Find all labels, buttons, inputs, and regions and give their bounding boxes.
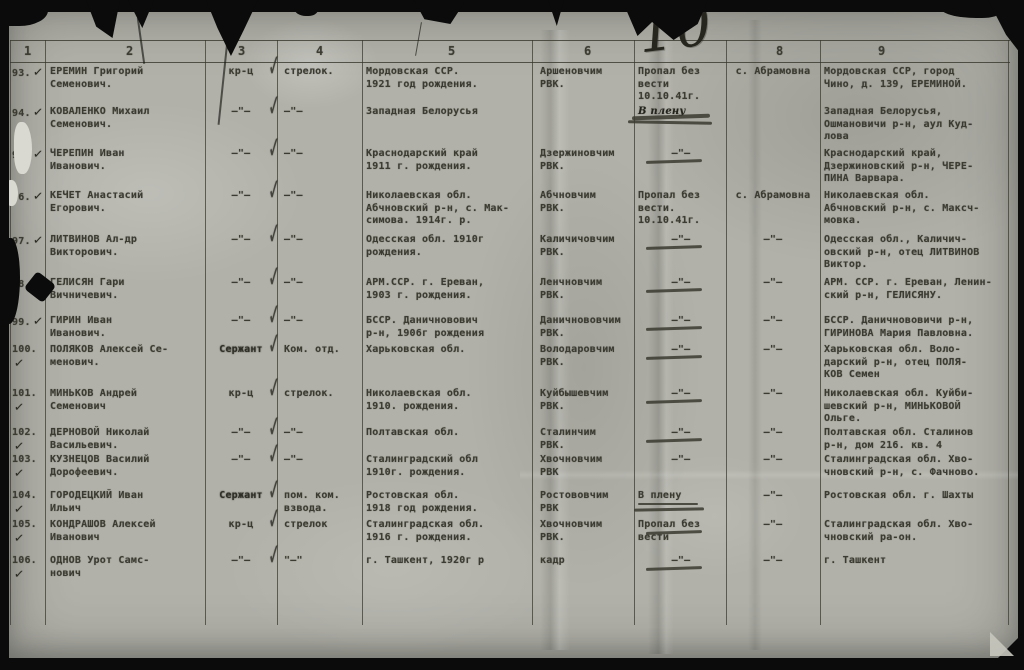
cell-name: ГЕЛИСЯН Гари Вичничевич. bbox=[50, 277, 206, 302]
check-mark: ✓ bbox=[267, 263, 281, 291]
column-header: 6 bbox=[584, 44, 591, 58]
strike-mark bbox=[632, 114, 710, 121]
column-line bbox=[362, 40, 363, 625]
cell-num: 104.✓ bbox=[12, 490, 48, 517]
torn-edge-top bbox=[0, 0, 1024, 12]
column-line bbox=[634, 40, 635, 625]
cell-col8: с. Абрамовна bbox=[728, 190, 818, 203]
underline-mark bbox=[634, 507, 704, 511]
cell-addr: Сталинградская обл. Хво- чновский р-н, с… bbox=[824, 454, 1016, 479]
cell-rvk: Дзержиновчим РВК. bbox=[540, 148, 632, 173]
cell-name: КУЗНЕЦОВ Василий Дорофеевич. bbox=[50, 454, 206, 479]
strike-mark bbox=[646, 326, 702, 331]
cell-rank: кр-ц bbox=[208, 388, 274, 401]
cell-addr: Николаевская обл. Куйби- шевский р-н, МИ… bbox=[824, 388, 1016, 426]
column-header: 5 bbox=[448, 44, 455, 58]
cell-fate: —"— bbox=[638, 344, 724, 357]
check-mark: ✓ bbox=[267, 440, 281, 468]
cell-fate: —"— bbox=[638, 277, 724, 290]
check-mark: ✓ bbox=[267, 541, 281, 569]
cell-rank: —"— bbox=[208, 427, 274, 440]
torn-edge-left bbox=[0, 0, 9, 670]
torn-edge-right bbox=[1018, 0, 1024, 670]
check-mark: ✓ bbox=[267, 505, 281, 533]
cell-num: 100.✓ bbox=[12, 344, 48, 371]
check-mark: ✓ bbox=[267, 92, 281, 120]
check-mark: ✓ bbox=[13, 502, 25, 516]
cell-rvk: Даничнововчим РВК. bbox=[540, 315, 632, 340]
cell-birth: Сталинградский обл 1910г. рождения. bbox=[366, 454, 530, 479]
cell-birth: Сталинградская обл. 1916 г. рождения. bbox=[366, 519, 530, 544]
cell-pos: "—"✓ bbox=[284, 555, 360, 568]
cell-fate: Пропал без вести. 10.10.41г. bbox=[638, 190, 724, 228]
cell-fate: —"— bbox=[638, 454, 724, 467]
cell-rvk: кадр bbox=[540, 555, 632, 568]
column-header: 1 bbox=[24, 44, 31, 58]
cell-rvk: Каличичовчим РВК. bbox=[540, 234, 632, 259]
cell-pos: Ком. отд.✓ bbox=[284, 344, 360, 357]
cell-birth: Николаевская обл. Абчновский р-н, с. Мак… bbox=[366, 190, 530, 228]
cell-addr: Западная Белорусья, Ошмановичи р-н, аул … bbox=[824, 106, 1016, 144]
cell-col8: —"— bbox=[728, 315, 818, 328]
cell-addr: БССР. Даничнововичи р-н, ГИРИНОВА Мария … bbox=[824, 315, 1016, 340]
cell-rvk: Ростововчим РВК bbox=[540, 490, 632, 515]
column-header: 4 bbox=[316, 44, 323, 58]
check-mark: ✓ bbox=[13, 356, 25, 370]
cell-birth: Харьковская обл. bbox=[366, 344, 530, 357]
column-line bbox=[726, 40, 727, 625]
cell-fate: —"— bbox=[638, 234, 724, 247]
cell-rvk: Володаровчим РВК. bbox=[540, 344, 632, 369]
cell-birth: Николаевская обл. 1910. рождения. bbox=[366, 388, 530, 413]
strike-mark bbox=[646, 355, 702, 360]
cell-pos: —"—✓ bbox=[284, 106, 360, 119]
cell-addr: Мордовская ССР, город Чино, д. 139, ЕРЕМ… bbox=[824, 66, 1016, 91]
cell-rank: кр-ц bbox=[208, 519, 274, 532]
cell-col8: —"— bbox=[728, 519, 818, 532]
check-mark: ✓ bbox=[32, 147, 44, 161]
cell-addr: Краснодарский край, Дзержиновский р-н, Ч… bbox=[824, 148, 1016, 186]
cell-num: 102.✓ bbox=[12, 427, 48, 454]
underline-mark bbox=[638, 503, 698, 505]
check-mark: ✓ bbox=[267, 330, 281, 358]
folded-corner-highlight bbox=[990, 632, 1014, 656]
cell-name: ПОЛЯКОВ Алексей Се- менович. bbox=[50, 344, 206, 369]
cell-name: КЕЧЕТ Анастасий Егорович. bbox=[50, 190, 206, 215]
cell-fate: Пропал без вести 10.10.41г. bbox=[638, 66, 724, 104]
cell-name: ДЕРНОВОЙ Николай Васильевич. bbox=[50, 427, 206, 452]
strike-mark bbox=[646, 530, 702, 535]
cell-num: 93.✓ bbox=[12, 66, 48, 81]
cell-name: ГИРИН Иван Иванович. bbox=[50, 315, 206, 340]
cell-name: МИНЬКОВ Андрей Семенович bbox=[50, 388, 206, 413]
cell-addr: Одесская обл., Каличич- овский р-н, отец… bbox=[824, 234, 1016, 272]
cell-rvk: Хвочновчим РВК. bbox=[540, 519, 632, 544]
cell-col8: —"— bbox=[728, 427, 818, 440]
cell-num: 94.✓ bbox=[12, 106, 48, 121]
cell-rvk: Абчновчим РВК. bbox=[540, 190, 632, 215]
cell-rank: —"— bbox=[208, 277, 274, 290]
cell-pos: —"—✓ bbox=[284, 148, 360, 161]
check-mark: ✓ bbox=[32, 189, 44, 203]
cell-col8: с. Абрамовна bbox=[728, 66, 818, 79]
cell-name: ЧЕРЕПИН Иван Иванович. bbox=[50, 148, 206, 173]
strike-mark bbox=[628, 120, 712, 124]
check-mark: ✓ bbox=[13, 466, 25, 480]
torn-edge-bottom bbox=[0, 658, 1024, 670]
cell-birth: Мордовская ССР. 1921 год рождения. bbox=[366, 66, 530, 91]
cell-birth: г. Ташкент, 1920г р bbox=[366, 555, 530, 568]
cell-num: 105.✓ bbox=[12, 519, 48, 546]
cell-addr: Сталинградская обл. Хво- чновский ра-он. bbox=[824, 519, 1016, 544]
cell-pos: —"—✓ bbox=[284, 427, 360, 440]
cell-rank: —"— bbox=[208, 148, 274, 161]
cell-num: 97.✓ bbox=[12, 234, 48, 249]
cell-pos: —"—✓ bbox=[284, 190, 360, 203]
torn-white-fragment bbox=[14, 122, 32, 174]
column-line bbox=[820, 40, 821, 625]
cell-col8: —"— bbox=[728, 490, 818, 503]
cell-rvk: Хвочновчим РВК bbox=[540, 454, 632, 479]
header-line bbox=[10, 40, 1010, 41]
strike-mark bbox=[646, 159, 702, 164]
check-mark: ✓ bbox=[267, 220, 281, 248]
cell-rvk: Куйбышевчим РВК. bbox=[540, 388, 632, 413]
cell-name: ЛИТВИНОВ Ал-др Викторович. bbox=[50, 234, 206, 259]
check-mark: ✓ bbox=[32, 65, 44, 79]
cell-col8: —"— bbox=[728, 277, 818, 290]
cell-rank: —"— bbox=[208, 190, 274, 203]
cell-birth: АРМ.ССР. г. Ереван, 1903 г. рождения. bbox=[366, 277, 530, 302]
check-mark: ✓ bbox=[267, 134, 281, 162]
cell-pos: —"—✓ bbox=[284, 315, 360, 328]
cell-name: ЕРЕМИН Григорий Семенович. bbox=[50, 66, 206, 91]
cell-rank: —"— bbox=[208, 234, 274, 247]
cell-birth: Полтавская обл. bbox=[366, 427, 530, 440]
cell-num: 101.✓ bbox=[12, 388, 48, 415]
cell-addr: Ростовская обл. г. Шахты bbox=[824, 490, 1016, 503]
cell-fate: —"— bbox=[638, 315, 724, 328]
cell-name: ГОРОДЕЦКИЙ Иван Ильич bbox=[50, 490, 206, 515]
cell-fate: —"— bbox=[638, 388, 724, 401]
check-mark: ✓ bbox=[32, 233, 44, 247]
cell-name: КОВАЛЕНКО Михаил Семенович. bbox=[50, 106, 206, 131]
cell-addr: Полтавская обл. Сталинов р-н, дом 216. к… bbox=[824, 427, 1016, 452]
cell-rank: —"— bbox=[208, 454, 274, 467]
casualty-table: 1234568993.✓ЕРЕМИН Григорий Семенович.кр… bbox=[0, 0, 1024, 670]
check-mark: ✓ bbox=[13, 531, 25, 545]
cell-pos: —"—✓ bbox=[284, 454, 360, 467]
cell-addr: Николаевская обл. Абчновский р-н, с. Мак… bbox=[824, 190, 1016, 228]
column-header: 3 bbox=[238, 44, 245, 58]
cell-rvk: Аршеновчим РВК. bbox=[540, 66, 632, 91]
cell-name: ОДНОВ Урот Самс- нович bbox=[50, 555, 206, 580]
cell-col8: —"— bbox=[728, 454, 818, 467]
cell-birth: Западная Белорусья bbox=[366, 106, 530, 119]
cell-pos: стрелок.✓ bbox=[284, 66, 360, 79]
cell-fate: Пропал без вести bbox=[638, 519, 724, 544]
cell-addr: Харьковская обл. Воло- дарский р-н, отец… bbox=[824, 344, 1016, 382]
cell-fate: В плену bbox=[638, 490, 724, 503]
cell-col8: —"— bbox=[728, 344, 818, 357]
cell-rvk: Ленчновчим РВК. bbox=[540, 277, 632, 302]
strike-mark bbox=[646, 288, 702, 293]
check-mark: ✓ bbox=[267, 176, 281, 204]
header-line bbox=[10, 62, 1010, 63]
torn-edge bbox=[294, 0, 318, 16]
cell-rvk: Сталинчим РВК. bbox=[540, 427, 632, 452]
column-header: 2 bbox=[126, 44, 133, 58]
cell-num: 106.✓ bbox=[12, 555, 48, 582]
scanned-document-page: 1234568993.✓ЕРЕМИН Григорий Семенович.кр… bbox=[0, 0, 1024, 670]
cell-num: 103.✓ bbox=[12, 454, 48, 481]
cell-rank: Сержант bbox=[208, 344, 274, 357]
check-mark: ✓ bbox=[13, 567, 25, 581]
check-mark: ✓ bbox=[13, 400, 25, 414]
cell-rank: кр-ц bbox=[208, 66, 274, 79]
cell-birth: Ростовская обл. 1918 год рождения. bbox=[366, 490, 530, 515]
cell-fate: —"— bbox=[638, 148, 724, 161]
cell-birth: БССР. Даничновович р-н, 1906г рождения bbox=[366, 315, 530, 340]
cell-rank: —"— bbox=[208, 555, 274, 568]
cell-rank: Сержант bbox=[208, 490, 274, 503]
cell-pos: стрелок✓ bbox=[284, 519, 360, 532]
column-header: 8 bbox=[776, 44, 783, 58]
check-mark: ✓ bbox=[13, 439, 25, 453]
cell-pos: пом. ком. взвода.✓ bbox=[284, 490, 360, 515]
strike-mark bbox=[646, 245, 702, 250]
cell-num: 99.✓ bbox=[12, 315, 48, 330]
cell-col8: —"— bbox=[728, 555, 818, 568]
cell-pos: —"—✓ bbox=[284, 234, 360, 247]
check-mark: ✓ bbox=[267, 374, 281, 402]
strike-mark bbox=[646, 399, 702, 404]
column-line bbox=[10, 40, 11, 625]
cell-birth: Одесская обл. 1910г рождения. bbox=[366, 234, 530, 259]
cell-birth: Краснодарский край 1911 г. рождения. bbox=[366, 148, 530, 173]
cell-pos: —"—✓ bbox=[284, 277, 360, 290]
cell-fate: В плену bbox=[638, 106, 724, 119]
strike-mark bbox=[646, 438, 702, 443]
cell-name: КОНДРАШОВ Алексей Иванович bbox=[50, 519, 206, 544]
cell-rank: —"— bbox=[208, 315, 274, 328]
strike-mark bbox=[646, 566, 702, 571]
cell-fate: —"— bbox=[638, 427, 724, 440]
cell-addr: г. Ташкент bbox=[824, 555, 1016, 568]
check-mark: ✓ bbox=[267, 52, 281, 80]
cell-col8: —"— bbox=[728, 234, 818, 247]
column-header: 9 bbox=[878, 44, 885, 58]
check-mark: ✓ bbox=[32, 105, 44, 119]
check-mark: ✓ bbox=[32, 314, 44, 328]
cell-addr: АРМ. ССР. г. Ереван, Ленин- ский р-н, ГЕ… bbox=[824, 277, 1016, 302]
column-line bbox=[532, 40, 533, 625]
cell-fate: —"— bbox=[638, 555, 724, 568]
cell-pos: стрелок.✓ bbox=[284, 388, 360, 401]
cell-col8: —"— bbox=[728, 388, 818, 401]
